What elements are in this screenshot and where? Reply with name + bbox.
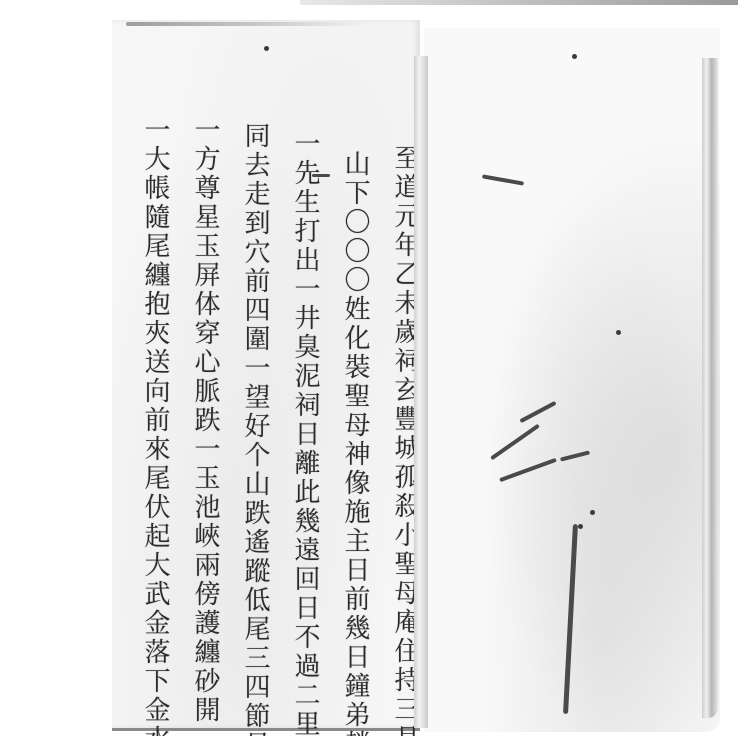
ink-bleed-stroke: [490, 424, 540, 461]
manuscript-text: 至道元年乙未歲祠玄豐城孤殺小聖母庵住持三月往 山下〇〇〇姓化裝聖母神像施主日前幾…: [134, 130, 424, 730]
ink-dot: [616, 330, 621, 335]
ink-bleed-stroke: [499, 458, 557, 482]
ink-dot: [572, 54, 577, 59]
right-page: [424, 28, 720, 732]
scan-top-shadow: [300, 0, 738, 5]
ink-dot: [578, 524, 583, 529]
ink-bleed-stroke: [519, 401, 556, 423]
ink-stroke: [482, 174, 524, 185]
text-column-5: 一方尊星玉屏体穿心脈跌一玉池峽兩傍護纏砂開: [186, 116, 224, 730]
ink-dot: [264, 46, 269, 51]
left-page-top-edge: [126, 22, 366, 26]
open-manuscript-book: 至道元年乙未歲祠玄豐城孤殺小聖母庵住持三月往 山下〇〇〇姓化裝聖母神像施主日前幾…: [108, 14, 728, 734]
ink-vertical-stroke: [563, 524, 578, 714]
book-spine: [414, 56, 428, 728]
text-column-2: 山下〇〇〇姓化裝聖母神像施主日前幾日鐘弟趙母請: [336, 150, 374, 730]
text-column-6: 一大帳隨尾纏抱夾送向前來尾伏起大武金落下金水: [136, 116, 174, 730]
right-page-edge: [702, 58, 718, 718]
ink-bleed-stroke: [560, 450, 590, 461]
ink-dot: [590, 510, 595, 515]
text-column-4: 同去走到穴前四圍一望好个山跌遙蹤低尾三四節見: [236, 122, 274, 730]
text-column-3: 一先生打出一井臭泥祠日離此幾遠回日不過二里遂邀: [286, 130, 324, 730]
left-page: 至道元年乙未歲祠玄豐城孤殺小聖母庵住持三月往 山下〇〇〇姓化裝聖母神像施主日前幾…: [112, 20, 420, 731]
